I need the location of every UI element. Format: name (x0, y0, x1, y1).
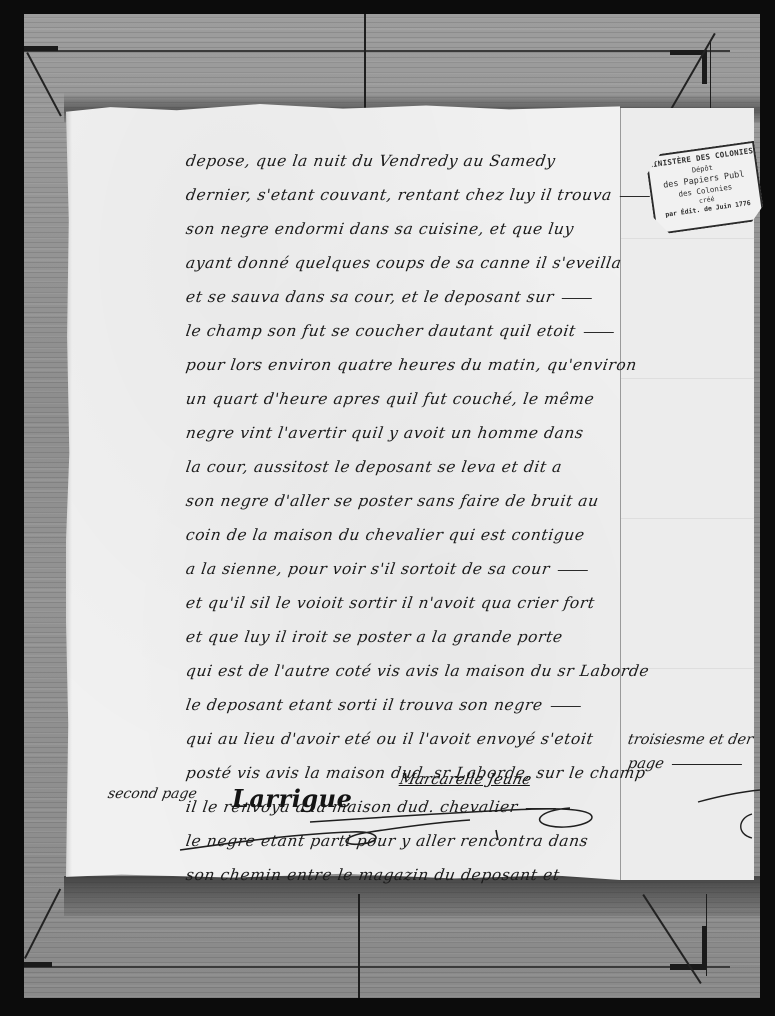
paper-rule (621, 238, 754, 239)
text-line-content: et qu'il sil le voioit sortir il n'avoit… (185, 594, 596, 612)
text-line: pour lors environ quatre heures du matin… (185, 356, 638, 374)
guide-line-bottom (24, 966, 730, 968)
diagonal-guide-top-left (26, 52, 62, 117)
guide-line-center-bottom (358, 894, 360, 998)
text-line-content: a la sienne, pour voir s'il sortoit de s… (185, 560, 551, 578)
text-line-content: ayant donné quelques coups de sa canne i… (185, 254, 623, 272)
text-line-content: et se sauva dans sa cour, et le deposant… (185, 288, 556, 306)
line-filler-dash (620, 196, 650, 197)
right-sheet-note-line-2: page (627, 756, 744, 772)
text-line: dernier, s'etant couvant, rentant chez l… (185, 186, 651, 204)
text-line-content: son negre endormi dans sa cuisine, et qu… (185, 220, 575, 238)
text-line-content: le deposant etant sorti il trouva son ne… (185, 696, 544, 714)
text-line: un quart d'heure apres quil fut couché, … (185, 390, 596, 408)
text-line: son negre endormi dans sa cuisine, et qu… (185, 220, 575, 238)
text-line-content: dernier, s'etant couvant, rentant chez l… (185, 186, 613, 204)
text-line-content: la cour, aussitost le deposant se leva e… (185, 458, 564, 476)
text-line: la cour, aussitost le deposant se leva e… (185, 458, 564, 476)
text-line: son negre d'aller se poster sans faire d… (185, 492, 600, 510)
text-line-content: coin de la maison du chevalier qui est c… (185, 526, 586, 544)
signature-flourish-icon (170, 800, 630, 860)
text-line: et qu'il sil le voioit sortir il n'avoit… (185, 594, 596, 612)
corner-marker-top-left (24, 46, 58, 51)
text-line-content: qui est de l'autre coté vis avis la mais… (185, 662, 651, 680)
line-filler-dash (672, 764, 742, 765)
corner-marker-bottom-right-v (702, 926, 707, 968)
text-line-content: son negre d'aller se poster sans faire d… (185, 492, 600, 510)
right-sheet-note-line-1: troisiesme et der (627, 732, 755, 748)
text-line-content: et que luy il iroit se poster a la grand… (185, 628, 564, 646)
text-line: coin de la maison du chevalier qui est c… (185, 526, 586, 544)
text-line: a la sienne, pour voir s'il sortoit de s… (185, 560, 589, 578)
right-sheet-note-text: page (627, 756, 666, 772)
right-sheet-flourish-icon (690, 780, 760, 840)
text-line-content: depose, que la nuit du Vendredy au Samed… (185, 152, 557, 170)
paper-rule (621, 378, 754, 379)
text-line: negre vint l'avertir quil y avoit un hom… (185, 424, 585, 442)
guide-line-top (24, 50, 730, 52)
text-line: depose, que la nuit du Vendredy au Samed… (185, 152, 557, 170)
corner-marker-bottom-left (24, 962, 52, 967)
text-line-content: le champ son fut se coucher dautant quil… (185, 322, 577, 340)
text-line: et se sauva dans sa cour, et le deposant… (185, 288, 594, 306)
diagonal-guide-bottom-left (24, 889, 61, 959)
line-filler-dash (584, 332, 614, 333)
line-filler-dash (558, 570, 588, 571)
guide-line-center-top (364, 14, 366, 110)
text-line: le deposant etant sorti il trouva son ne… (185, 696, 582, 714)
text-line-content: un quart d'heure apres quil fut couché, … (185, 390, 596, 408)
text-line-content: pour lors environ quatre heures du matin… (185, 356, 638, 374)
line-filler-dash (562, 298, 592, 299)
text-line-content: negre vint l'avertir quil y avoit un hom… (185, 424, 585, 442)
text-line: qui est de l'autre coté vis avis la mais… (185, 662, 651, 680)
text-line: ayant donné quelques coups de sa canne i… (185, 254, 623, 272)
text-line: son chemin entre le magazin du deposant … (185, 866, 561, 884)
archive-stamp: MINISTÈRE DES COLONIES Dépôt des Papiers… (645, 141, 765, 236)
signature-marcarelle: Marcarelle Jeune (398, 770, 533, 788)
paper-rule (621, 518, 754, 519)
text-line-content: son chemin entre le magazin du deposant … (185, 866, 561, 884)
text-line-content: qui au lieu d'avoir eté ou il l'avoit en… (185, 730, 595, 748)
text-line: et que luy il iroit se poster a la grand… (185, 628, 564, 646)
text-line: qui au lieu d'avoir eté ou il l'avoit en… (185, 730, 595, 748)
line-filler-dash (551, 706, 581, 707)
text-line: le champ son fut se coucher dautant quil… (185, 322, 615, 340)
